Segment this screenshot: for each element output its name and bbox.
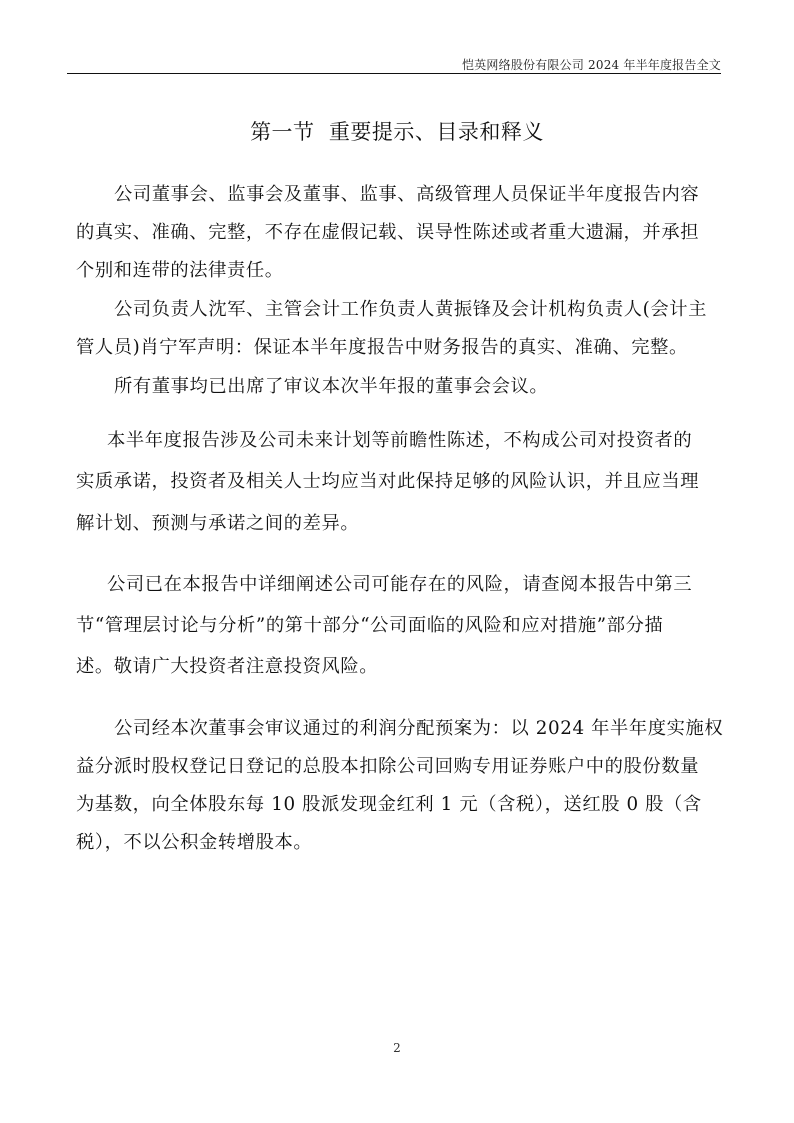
- page-number: 2: [0, 1041, 794, 1055]
- paragraph-line: 公司已在本报告中详细阐述公司可能存在的风险，请查阅本报告中第三: [107, 570, 692, 596]
- paragraph-line: 所有董事均已出席了审议本次半年报的董事会会议。: [114, 372, 548, 398]
- paragraph-line: 述。敬请广大投资者注意投资风险。: [76, 652, 378, 678]
- paragraph-line: 的真实、准确、完整，不存在虚假记载、误导性陈述或者重大遗漏，并承担: [76, 218, 699, 244]
- paragraph-line: 益分派时股权登记日登记的总股本扣除公司回购专用证券账户中的股份数量: [76, 752, 699, 778]
- paragraph-line: 本半年度报告涉及公司未来计划等前瞻性陈述，不构成公司对投资者的: [107, 426, 692, 452]
- paragraph-line: 公司负责人沈军、主管会计工作负责人黄振锋及会计机构负责人(会计主: [114, 295, 707, 321]
- header-divider: [67, 73, 721, 74]
- paragraph-line: 个别和连带的法律责任。: [76, 256, 284, 282]
- paragraph-line: 管人员)肖宁军声明：保证本半年度报告中财务报告的真实、准确、完整。: [76, 333, 688, 359]
- paragraph-line: 为基数，向全体股东每 10 股派发现金红利 1 元（含税），送红股 0 股（含: [76, 790, 702, 816]
- section-title: 第一节 重要提示、目录和释义: [0, 116, 794, 146]
- paragraph-line: 公司经本次董事会审议通过的利润分配预案为：以 2024 年半年度实施权: [114, 714, 723, 740]
- paragraph-line: 解计划、预测与承诺之间的差异。: [76, 509, 359, 535]
- running-header: 恺英网络股份有限公司 2024 年半年度报告全文: [462, 56, 721, 73]
- paragraph-line: 公司董事会、监事会及董事、监事、高级管理人员保证半年度报告内容: [114, 180, 699, 206]
- paragraph-line: 税），不以公积金转增股本。: [76, 828, 312, 854]
- paragraph-line: 节“管理层讨论与分析”的第十部分“公司面临的风险和应对措施”部分描: [76, 611, 663, 637]
- paragraph-line: 实质承诺，投资者及相关人士均应当对此保持足够的风险认识，并且应当理: [76, 467, 699, 493]
